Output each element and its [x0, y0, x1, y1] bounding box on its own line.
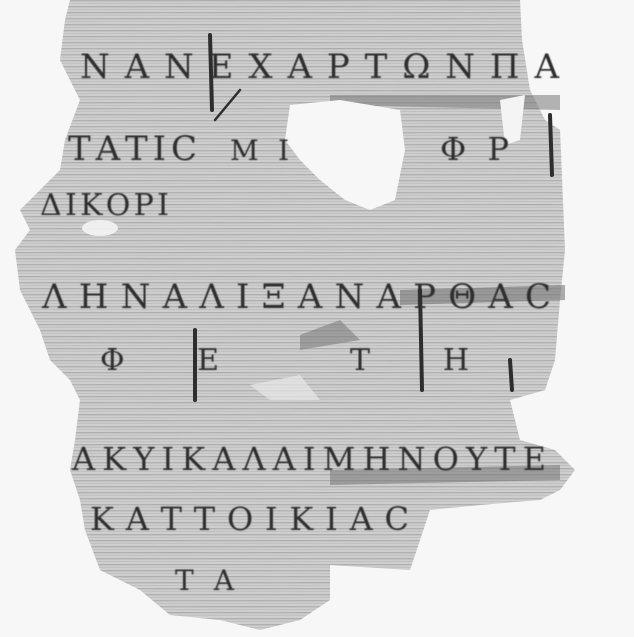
text-line-2a: ΤΑΤΙC	[68, 129, 198, 169]
papyrus-photo: ΝΑΝΕΧΑΡΤΩΝΠΑ ΤΑΤΙC ΜΙ ΦΡ ΔΙΚΟΡΙ ΛΗΝΑΛΙΞΑ…	[0, 0, 634, 637]
papyrus-fragment: ΝΑΝΕΧΑΡΤΩΝΠΑ ΤΑΤΙC ΜΙ ΦΡ ΔΙΚΟΡΙ ΛΗΝΑΛΙΞΑ…	[0, 0, 634, 637]
text-line-7: ΚΑΤΤΟΙΚΙΑC	[90, 500, 410, 538]
text-line-3: ΔΙΚΟΡΙ	[40, 188, 170, 223]
text-line-6: ΑΚΥΙΚΑΛΑΙΜΗΝΟΥΤΕ	[71, 440, 547, 478]
